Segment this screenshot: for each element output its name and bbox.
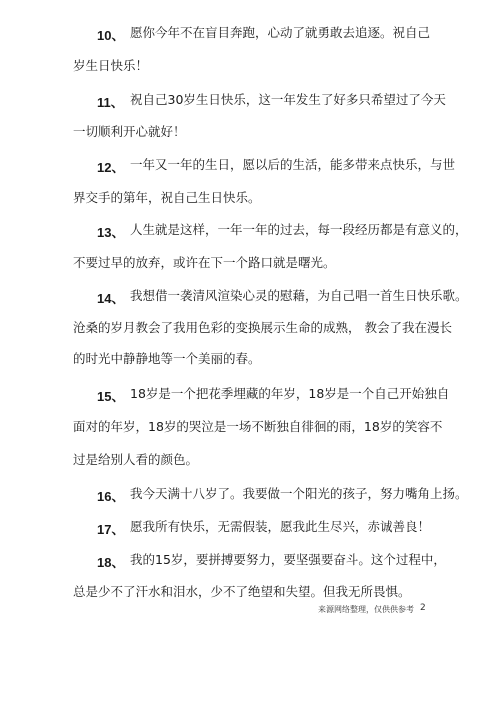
item-number: 15、 (97, 386, 124, 405)
item-number: 17、 (97, 519, 124, 538)
item-text-line: 界交手的第年，祝自己生日快乐。 (73, 190, 261, 206)
item-number: 16、 (97, 486, 124, 505)
item-text-line: 的时光中静静地等一个美丽的春。 (73, 351, 261, 367)
item-text-line: 我想借一袭清风渲染心灵的慰藉，为自己唱一首生日快乐歌。 (130, 288, 468, 304)
item-number: 18、 (97, 552, 124, 571)
item-text-line: 18岁是一个把花季埋藏的年岁，18岁是一个自己开始独自 (130, 386, 449, 402)
item-text-line: 一切顺利开心就好！ (73, 124, 186, 140)
item-text-line: 面对的年岁，18岁的哭泣是一场不断独自徘徊的雨，18岁的笑容不 (73, 419, 442, 435)
footer-source-note: 来源网络整理，仅供供参考 (318, 604, 414, 615)
item-text-line: 一年又一年的生日，愿以后的生活，能多带来点快乐，与世 (130, 157, 455, 173)
item-text-line: 祝自己30岁生日快乐，这一年发生了好多只希望过了今天 (130, 92, 446, 108)
item-text-line: 沧桑的岁月教会了我用色彩的变换展示生命的成熟， 教会了我在漫长 (73, 320, 452, 336)
document-page: 10、 愿你今年不在盲目奔跑，心动了就勇敢去追逐。祝自己 岁生日快乐！ 11、 … (0, 0, 500, 717)
item-number: 11、 (97, 92, 124, 111)
item-text-line: 我今天满十八岁了。我要做一个阳光的孩子，努力嘴角上扬。 (130, 486, 468, 502)
item-text-line: 愿我所有快乐，无需假装，愿我此生尽兴，赤诚善良！ (130, 519, 430, 535)
item-text-line: 总是少不了汗水和泪水，少不了绝望和失望。但我无所畏惧。 (73, 584, 411, 600)
item-number: 10、 (97, 25, 124, 44)
item-text-line: 不要过早的放弃，或许在下一个路口就是曙光。 (73, 255, 336, 271)
item-number: 14、 (97, 288, 124, 307)
item-text-line: 我的15岁，要拼搏要努力，要坚强要奋斗。这个过程中， (130, 552, 446, 568)
page-number: 2 (420, 603, 426, 613)
item-text-line: 愿你今年不在盲目奔跑，心动了就勇敢去追逐。祝自己 (130, 25, 430, 41)
item-text-line: 过是给别人看的颜色。 (73, 452, 198, 468)
item-text-line: 岁生日快乐！ (73, 58, 148, 74)
item-number: 13、 (97, 222, 124, 241)
item-text-line: 人生就是这样，一年一年的过去，每一段经历都是有意义的， (130, 222, 468, 238)
item-number: 12、 (97, 157, 124, 176)
